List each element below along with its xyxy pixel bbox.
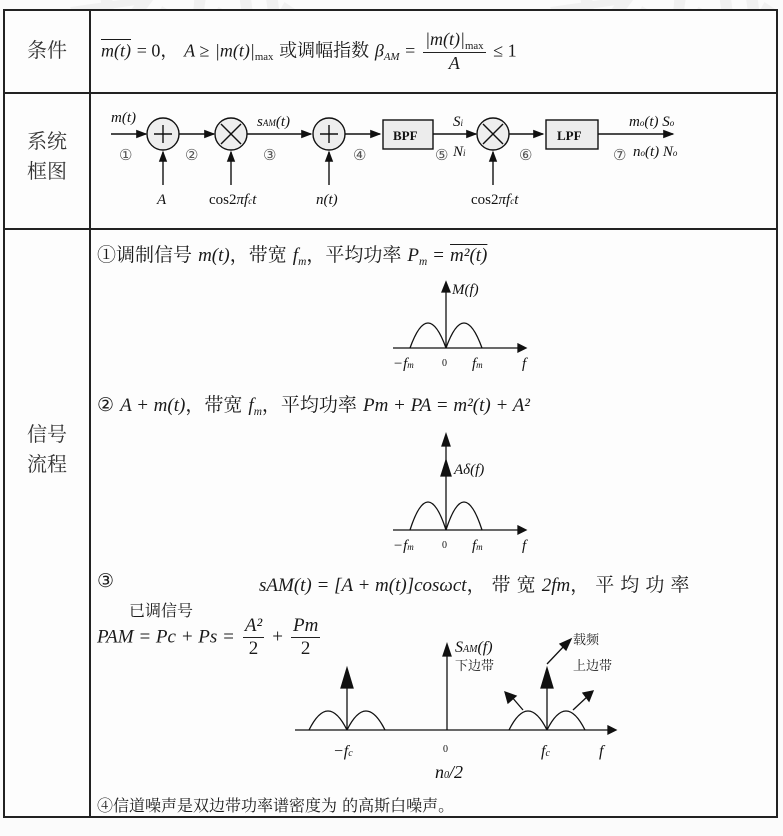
svg-text:0: 0 <box>442 540 447 551</box>
svg-text:BPF: BPF <box>393 128 418 143</box>
svg-text:fc: fc <box>541 743 550 760</box>
svg-text:Aδ(f): Aδ(f) <box>453 462 484 478</box>
svg-text:⑤: ⑤ <box>435 148 448 164</box>
svg-text:n(t): n(t) <box>316 192 338 208</box>
svg-text:Ni: Ni <box>452 144 466 160</box>
svg-text:A: A <box>156 192 167 208</box>
svg-text:−fc: −fc <box>333 743 353 760</box>
svg-text:⑦: ⑦ <box>613 148 626 164</box>
spectrum-s-am: SAM(f) −fc 0 fc f n0/2 载频 下边带 上边带 <box>283 630 643 780</box>
step4-text: ④信道噪声是双边带功率谱密度为 的高斯白噪声。 <box>97 793 454 816</box>
svg-text:n0/2: n0/2 <box>435 762 463 780</box>
svg-text:0: 0 <box>442 358 447 369</box>
spectrum-m-f: M(f) −fm 0 fm f <box>388 278 538 378</box>
svg-text:M(f): M(f) <box>451 282 479 298</box>
svg-text:mo(t) So: mo(t) So <box>629 114 675 130</box>
beta-fraction: |m(t)|max A <box>423 29 485 74</box>
svg-text:②: ② <box>185 148 198 164</box>
svg-text:sAM(t): sAM(t) <box>257 114 290 130</box>
spectrum-a-plus-m: Aδ(f) −fm 0 fm f <box>388 430 538 560</box>
block-diagram-cell: m(t) A cos2πfct sAM(t) n(t) BPF Si Ni co… <box>93 94 776 228</box>
svg-text:cos2πfct: cos2πfct <box>209 192 257 208</box>
am-summary-table: 条件 m(t) = 0， A ≥ |m(t)|max 或调幅指数 βAM = |… <box>3 9 778 818</box>
svg-text:①: ① <box>119 148 132 164</box>
condition-formula: m(t) = 0， A ≥ |m(t)|max 或调幅指数 βAM = |m(t… <box>101 29 517 74</box>
input-label: m(t) <box>111 110 136 126</box>
svg-text:Si: Si <box>453 114 464 130</box>
svg-text:④: ④ <box>353 148 366 164</box>
column-divider <box>89 11 91 816</box>
svg-text:③: ③ <box>263 148 276 164</box>
system-block-diagram: m(t) A cos2πfct sAM(t) n(t) BPF Si Ni co… <box>93 94 778 228</box>
svg-text:⑥: ⑥ <box>519 148 532 164</box>
condition-cell: m(t) = 0， A ≥ |m(t)|max 或调幅指数 βAM = |m(t… <box>93 11 776 92</box>
svg-text:上边带: 上边带 <box>573 658 612 673</box>
row-label-signal-flow: 信号 流程 <box>5 419 89 479</box>
svg-text:载频: 载频 <box>573 632 600 647</box>
step2-text: ② A + m(t)，带宽 fm，平均功率 Pm + PA = m²(t) + … <box>97 390 530 418</box>
svg-text:f: f <box>599 743 606 760</box>
svg-text:fm: fm <box>472 538 483 554</box>
svg-text:no(t) No: no(t) No <box>633 144 678 160</box>
svg-text:SAM(f): SAM(f) <box>455 639 493 656</box>
svg-text:下边带: 下边带 <box>455 658 494 673</box>
svg-text:cos2πfct: cos2πfct <box>471 192 519 208</box>
svg-text:−fm: −fm <box>393 356 414 372</box>
svg-text:f: f <box>522 538 528 554</box>
signal-flow-cell: ①调制信号 m(t)，带宽 fm，平均功率 Pm = m²(t) M(f) −f… <box>93 230 776 816</box>
svg-text:LPF: LPF <box>557 128 582 143</box>
row-label-condition: 条件 <box>5 35 89 65</box>
row-label-diagram: 系统 框图 <box>5 126 89 186</box>
step1-text: ①调制信号 m(t)，带宽 fm，平均功率 Pm = m²(t) <box>97 240 487 268</box>
step3-text: ③ sAM(t) = [A + m(t)]cosωct， 带 宽 2fm， 平 … <box>97 570 777 592</box>
svg-text:fm: fm <box>472 356 483 372</box>
svg-text:−fm: −fm <box>393 538 414 554</box>
svg-text:f: f <box>522 356 528 372</box>
svg-text:0: 0 <box>443 744 448 755</box>
